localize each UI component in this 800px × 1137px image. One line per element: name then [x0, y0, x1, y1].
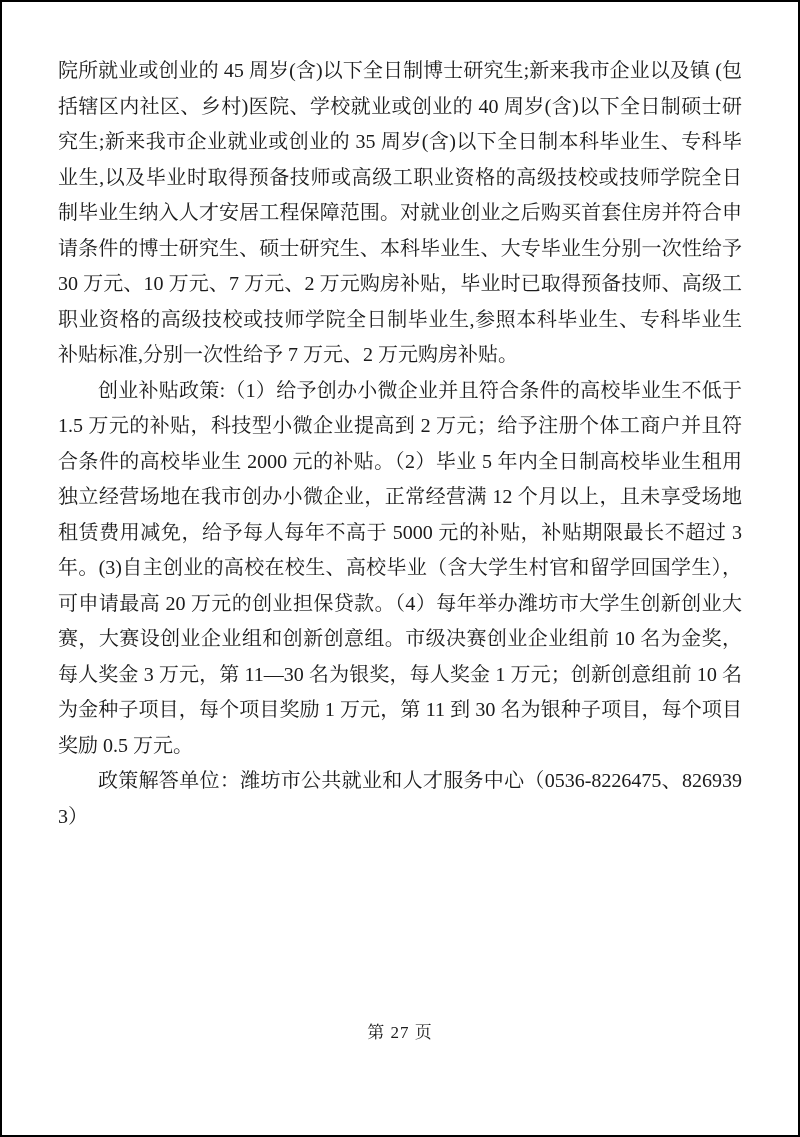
paragraph-policy-contact: 政策解答单位：潍坊市公共就业和人才服务中心（0536-8226475、82693…	[58, 764, 742, 835]
paragraph-housing-subsidy: 院所就业或创业的 45 周岁(含)以下全日制博士研究生;新来我市企业以及镇 (包…	[58, 54, 742, 374]
page-number: 第 27 页	[2, 1018, 798, 1043]
paragraph-startup-subsidy: 创业补贴政策:（1）给予创办小微企业并且符合条件的高校毕业生不低于 1.5 万元…	[58, 374, 742, 765]
document-page: 院所就业或创业的 45 周岁(含)以下全日制博士研究生;新来我市企业以及镇 (包…	[0, 0, 800, 1137]
document-body: 院所就业或创业的 45 周岁(含)以下全日制博士研究生;新来我市企业以及镇 (包…	[58, 54, 742, 835]
